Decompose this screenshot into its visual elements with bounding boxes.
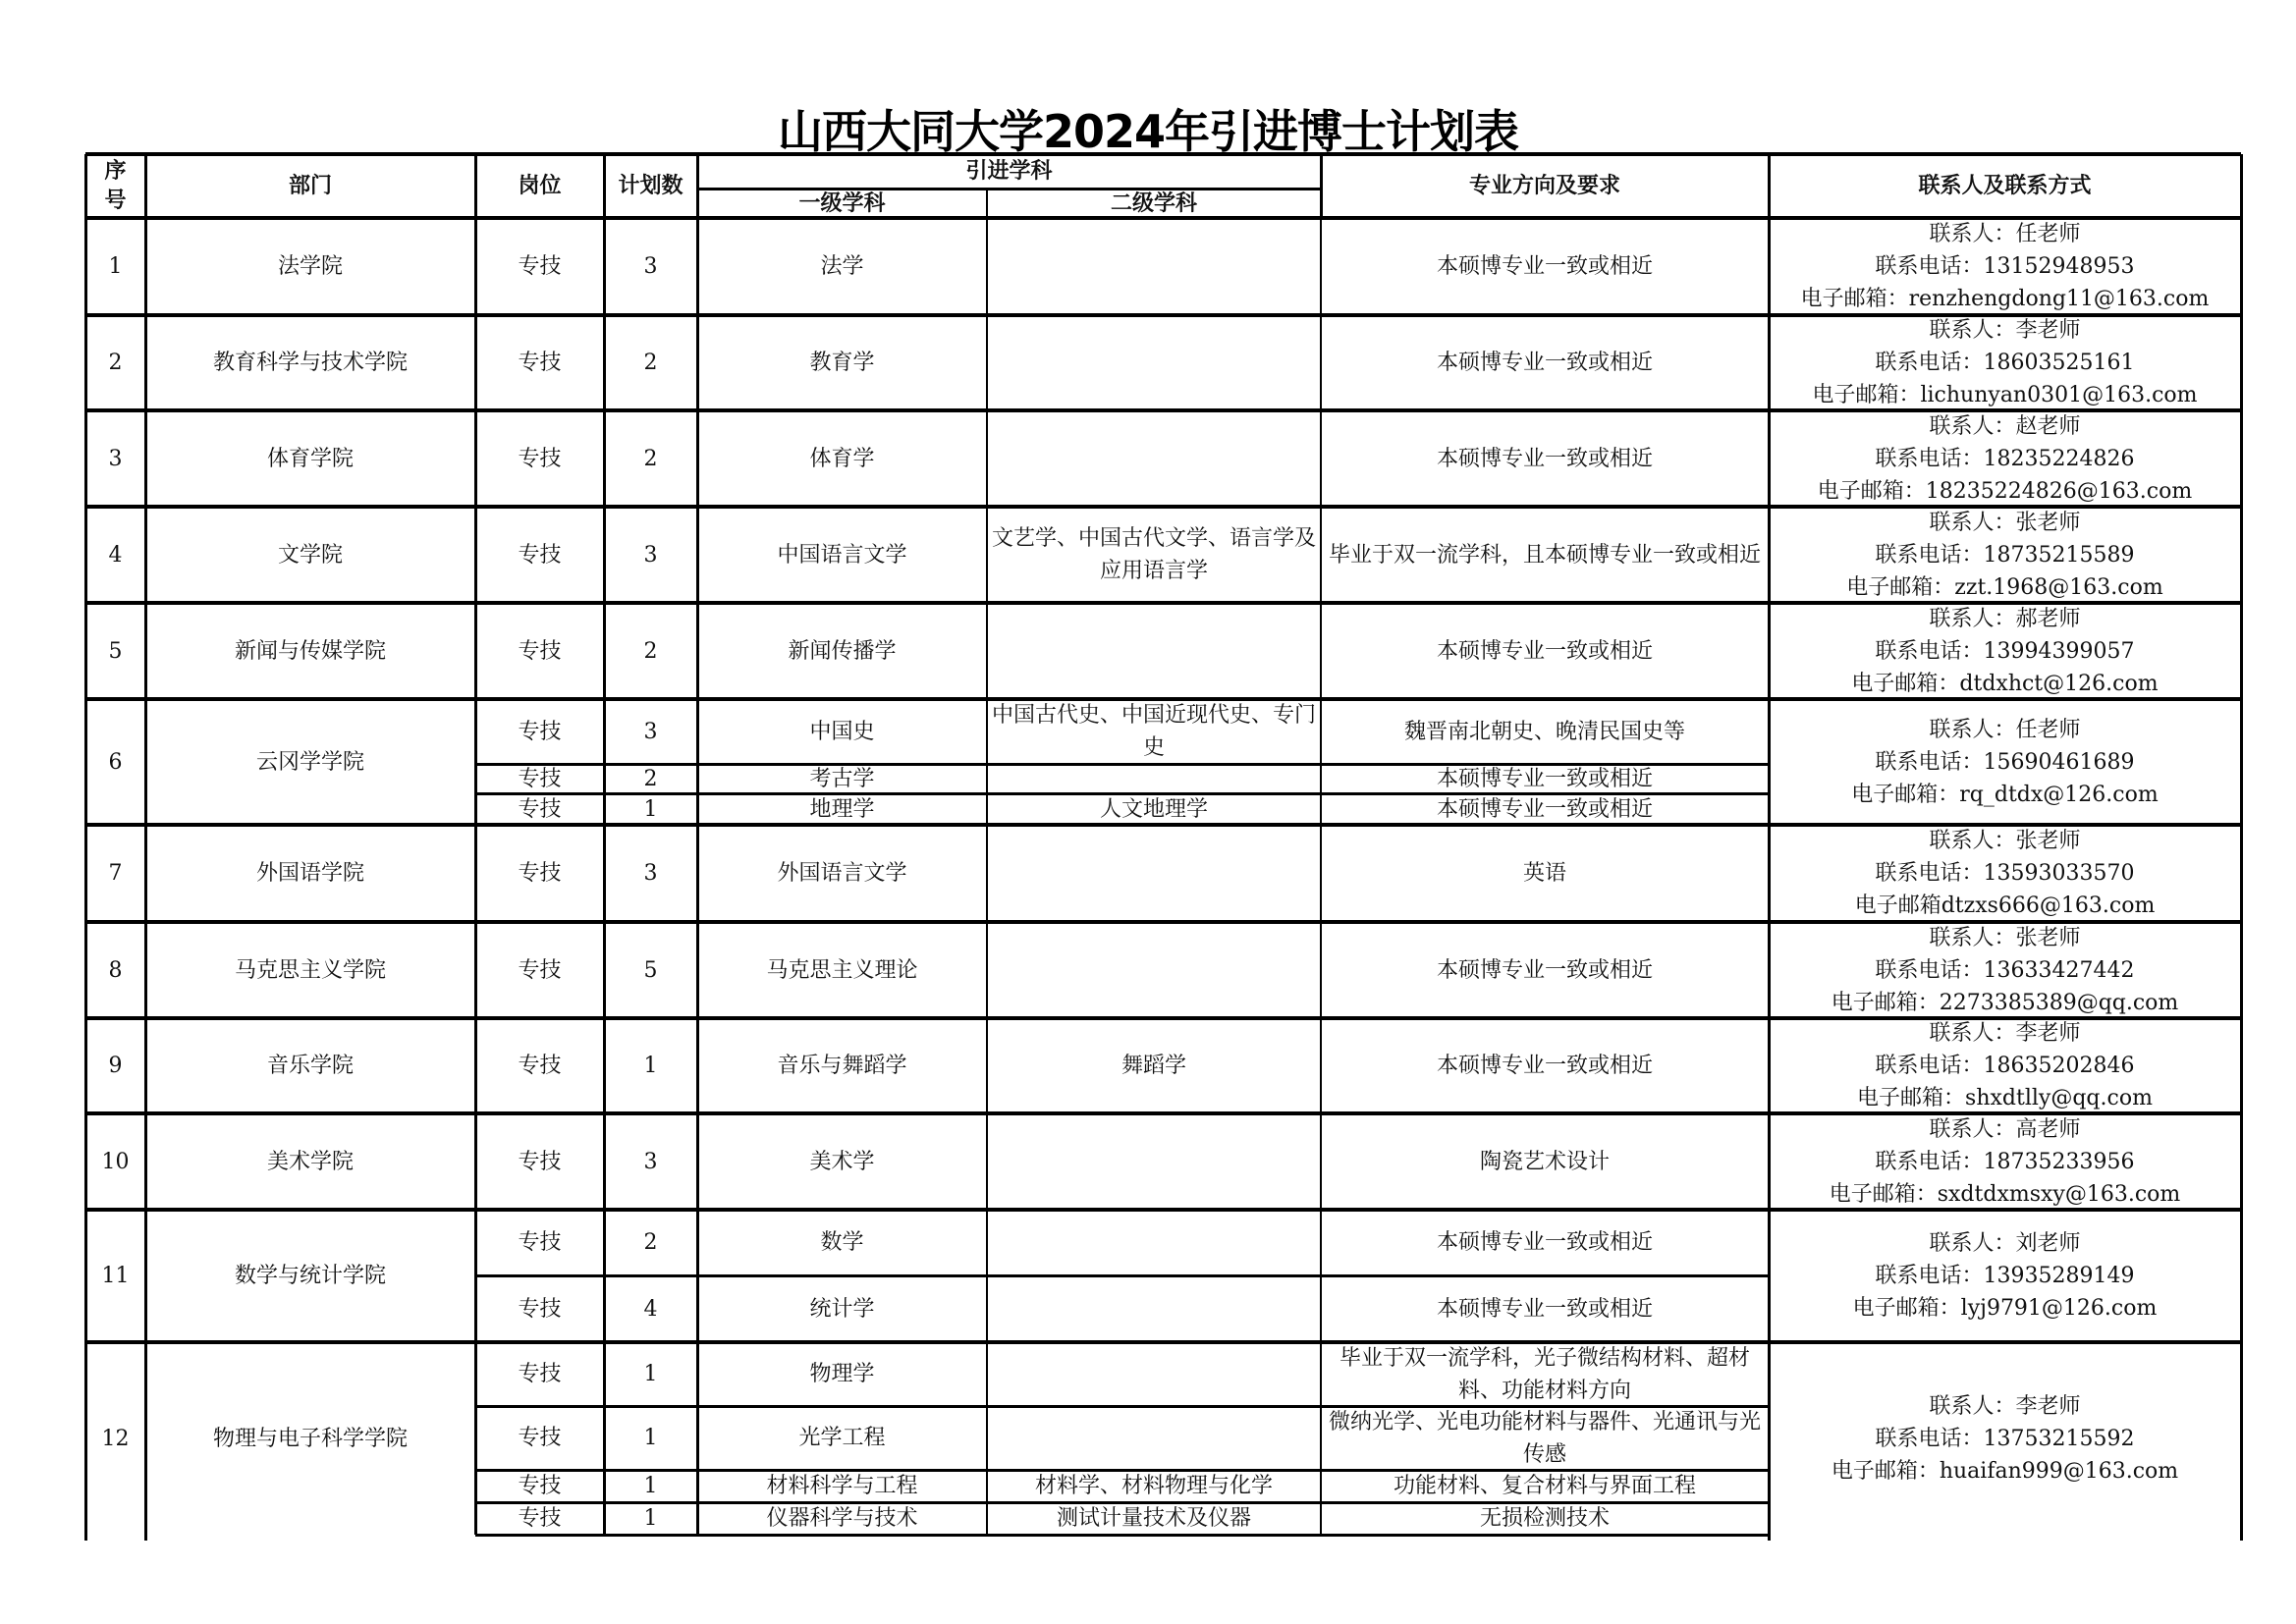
item-level2: [987, 603, 1321, 699]
header-dept: 部门: [145, 154, 475, 218]
grid-line: [474, 1210, 477, 1342]
item-position: 专技: [475, 825, 604, 922]
grid-line: [696, 154, 699, 218]
item-level1: 教育学: [697, 315, 987, 410]
grid-line: [696, 1342, 699, 1535]
item-direction: 陶瓷艺术设计: [1321, 1113, 1769, 1210]
grid-line: [84, 1210, 87, 1342]
item-count: 3: [604, 507, 697, 603]
row-contact: 联系人：刘老师联系电话：13935289149电子邮箱：lyj9791@126.…: [1769, 1210, 2241, 1342]
grid-line: [603, 410, 606, 507]
item-direction: 英语: [1321, 825, 1769, 922]
row-seq: 8: [85, 922, 145, 1018]
item-direction: 本硕博专业一致或相近: [1321, 1275, 1769, 1342]
row-dept: 新闻与传媒学院: [145, 603, 475, 699]
item-position: 专技: [475, 507, 604, 603]
grid-line: [475, 792, 1769, 795]
grid-line: [474, 1113, 477, 1210]
item-direction: 本硕博专业一致或相近: [1321, 922, 1769, 1018]
contact-phone: 联系电话：18635202846: [1876, 1050, 2135, 1082]
grid-line: [1768, 1018, 1771, 1113]
header-position: 岗位: [475, 154, 604, 218]
item-count: 1: [604, 1502, 697, 1535]
grid-line: [144, 1342, 147, 1541]
item-level2: [987, 1275, 1321, 1342]
grid-line: [2240, 410, 2243, 507]
item-level1: 美术学: [697, 1113, 987, 1210]
grid-line: [1768, 922, 1771, 1018]
item-level1: 仪器科学与技术: [697, 1502, 987, 1535]
grid-line: [1320, 922, 1322, 1018]
item-level2: [987, 1342, 1321, 1406]
item-count: 3: [604, 825, 697, 922]
grid-line: [1768, 507, 1771, 603]
header-direction: 专业方向及要求: [1321, 154, 1769, 218]
item-level1: 统计学: [697, 1275, 987, 1342]
item-level2: 测试计量技术及仪器: [987, 1502, 1321, 1535]
header-count: 计划数: [604, 154, 697, 218]
item-position: 专技: [475, 1275, 604, 1342]
item-count: 3: [604, 218, 697, 315]
row-contact: 联系人：张老师联系电话：13593033570电子邮箱dtzxs666@163.…: [1769, 825, 2241, 922]
grid-line: [84, 1113, 87, 1210]
row-contact: 联系人：张老师联系电话：18735215589电子邮箱：zzt.1968@163…: [1769, 507, 2241, 603]
item-level1: 中国史: [697, 699, 987, 764]
grid-line: [1320, 699, 1322, 825]
grid-line: [475, 1405, 1769, 1408]
contact-email: 电子邮箱：sxdtdxmsxy@163.com: [1830, 1178, 2181, 1211]
header-seq-char: 号: [104, 187, 126, 216]
grid-line: [1320, 825, 1322, 922]
contact-phone: 联系电话：18735215589: [1876, 539, 2135, 571]
grid-line: [1768, 218, 1771, 315]
contact-phone: 联系电话：13994399057: [1876, 635, 2135, 668]
grid-line: [475, 1274, 1769, 1277]
grid-line: [986, 922, 988, 1018]
grid-line: [144, 218, 147, 315]
grid-line: [144, 1210, 147, 1342]
grid-line: [1320, 507, 1322, 603]
item-direction: 本硕博专业一致或相近: [1321, 793, 1769, 825]
grid-line: [603, 922, 606, 1018]
contact-email: 电子邮箱：renzhengdong11@163.com: [1801, 283, 2210, 315]
row-seq: 11: [85, 1210, 145, 1342]
grid-line: [603, 154, 606, 218]
item-level1: 物理学: [697, 1342, 987, 1406]
item-direction: 本硕博专业一致或相近: [1321, 218, 1769, 315]
item-level2: 材料学、材料物理与化学: [987, 1470, 1321, 1502]
grid-line: [696, 1018, 699, 1113]
grid-line: [1768, 154, 1771, 218]
grid-line: [603, 507, 606, 603]
item-position: 专技: [475, 410, 604, 507]
item-count: 2: [604, 603, 697, 699]
contact-person: 联系人：李老师: [1929, 315, 2080, 347]
grid-line: [144, 1018, 147, 1113]
grid-line: [696, 1113, 699, 1210]
item-count: 3: [604, 699, 697, 764]
grid-line: [986, 699, 988, 825]
row-contact: 联系人：李老师联系电话：18635202846电子邮箱：shxdtlly@qq.…: [1769, 1018, 2241, 1113]
grid-line: [144, 154, 147, 218]
grid-line: [1320, 218, 1322, 315]
grid-line: [986, 825, 988, 922]
row-contact: 联系人：高老师联系电话：18735233956电子邮箱：sxdtdxmsxy@1…: [1769, 1113, 2241, 1210]
contact-person: 联系人：赵老师: [1929, 410, 2080, 443]
contact-phone: 联系电话：18235224826: [1876, 443, 2135, 475]
header-discipline-group: 引进学科: [697, 154, 1321, 189]
contact-email: 电子邮箱：lichunyan0301@163.com: [1812, 379, 2197, 410]
row-dept: 文学院: [145, 507, 475, 603]
contact-person: 联系人：张老师: [1929, 825, 2080, 857]
grid-line: [474, 218, 477, 315]
item-direction: 魏晋南北朝史、晚清民国史等: [1321, 699, 1769, 764]
grid-line: [475, 1534, 1769, 1537]
header-contact: 联系人及联系方式: [1769, 154, 2241, 218]
row-seq: 7: [85, 825, 145, 922]
item-level2: [987, 825, 1321, 922]
row-dept: 音乐学院: [145, 1018, 475, 1113]
grid-line: [986, 218, 988, 315]
item-level2: 人文地理学: [987, 793, 1321, 825]
item-direction: 本硕博专业一致或相近: [1321, 764, 1769, 793]
grid-line: [1768, 1210, 1771, 1342]
item-direction: 本硕博专业一致或相近: [1321, 603, 1769, 699]
grid-line: [84, 1018, 87, 1113]
grid-line: [85, 152, 2241, 156]
item-position: 专技: [475, 1113, 604, 1210]
row-dept: 马克思主义学院: [145, 922, 475, 1018]
item-position: 专技: [475, 1406, 604, 1470]
item-position: 专技: [475, 603, 604, 699]
row-dept: 教育科学与技术学院: [145, 315, 475, 410]
item-level1: 法学: [697, 218, 987, 315]
grid-line: [603, 825, 606, 922]
grid-line: [986, 1210, 988, 1342]
contact-phone: 联系电话：18603525161: [1876, 347, 2135, 379]
grid-line: [144, 507, 147, 603]
grid-line: [1768, 410, 1771, 507]
item-count: 1: [604, 1018, 697, 1113]
contact-person: 联系人：张老师: [1929, 922, 2080, 954]
item-level1: 新闻传播学: [697, 603, 987, 699]
row-seq: 5: [85, 603, 145, 699]
item-level1: 地理学: [697, 793, 987, 825]
grid-line: [603, 1113, 606, 1210]
row-contact: 联系人：张老师联系电话：13633427442电子邮箱：2273385389@q…: [1769, 922, 2241, 1018]
header-seq: 序号: [85, 154, 145, 218]
item-position: 专技: [475, 1470, 604, 1502]
contact-email: 电子邮箱：lyj9791@126.com: [1853, 1292, 2158, 1325]
grid-line: [2240, 1210, 2243, 1342]
grid-line: [986, 315, 988, 410]
grid-line: [474, 315, 477, 410]
grid-line: [986, 1018, 988, 1113]
grid-line: [2240, 315, 2243, 410]
grid-line: [986, 410, 988, 507]
item-direction: 本硕博专业一致或相近: [1321, 315, 1769, 410]
grid-line: [84, 507, 87, 603]
grid-line: [696, 315, 699, 410]
grid-line: [474, 699, 477, 825]
grid-line: [603, 315, 606, 410]
contact-phone: 联系电话：13633427442: [1876, 954, 2135, 987]
grid-line: [696, 1210, 699, 1342]
grid-line: [144, 1113, 147, 1210]
grid-line: [603, 1210, 606, 1342]
item-level1: 中国语言文学: [697, 507, 987, 603]
grid-line: [144, 922, 147, 1018]
grid-line: [1320, 603, 1322, 699]
grid-line: [696, 825, 699, 922]
row-seq: 3: [85, 410, 145, 507]
item-level2: [987, 315, 1321, 410]
item-count: 2: [604, 315, 697, 410]
grid-line: [474, 603, 477, 699]
item-count: 1: [604, 793, 697, 825]
contact-person: 联系人：刘老师: [1929, 1227, 2080, 1260]
item-count: 1: [604, 1406, 697, 1470]
grid-line: [603, 699, 606, 825]
row-dept: 数学与统计学院: [145, 1210, 475, 1342]
item-level2: [987, 1210, 1321, 1275]
contact-phone: 联系电话：13152948953: [1876, 250, 2135, 283]
grid-line: [603, 603, 606, 699]
item-level1: 光学工程: [697, 1406, 987, 1470]
item-level2: [987, 1113, 1321, 1210]
item-level2: [987, 764, 1321, 793]
row-contact: 联系人：郝老师联系电话：13994399057电子邮箱：dtdxhct@126.…: [1769, 603, 2241, 699]
grid-line: [2240, 1342, 2243, 1541]
contact-email: 电子邮箱：rq_dtdx@126.com: [1851, 779, 2158, 811]
grid-line: [696, 410, 699, 507]
item-position: 专技: [475, 218, 604, 315]
grid-line: [474, 825, 477, 922]
row-contact: 联系人：李老师联系电话：13753215592电子邮箱：huaifan999@1…: [1769, 1342, 2241, 1535]
contact-phone: 联系电话：13593033570: [1876, 857, 2135, 890]
item-level2: 中国古代史、中国近现代史、专门史: [987, 699, 1321, 764]
row-dept: 美术学院: [145, 1113, 475, 1210]
grid-line: [696, 699, 699, 825]
grid-line: [144, 603, 147, 699]
row-seq: 6: [85, 699, 145, 825]
grid-line: [475, 763, 1769, 766]
grid-line: [1320, 1342, 1322, 1535]
grid-line: [474, 922, 477, 1018]
grid-line: [474, 410, 477, 507]
contact-person: 联系人：任老师: [1929, 218, 2080, 250]
recruitment-plan-table: 序号部门岗位计划数引进学科一级学科二级学科专业方向及要求联系人及联系方式1法学院…: [0, 0, 2296, 1624]
item-count: 1: [604, 1470, 697, 1502]
grid-line: [475, 1501, 1769, 1504]
grid-line: [986, 189, 988, 218]
grid-line: [84, 315, 87, 410]
contact-phone: 联系电话：18735233956: [1876, 1146, 2135, 1178]
item-count: 5: [604, 922, 697, 1018]
item-direction: 毕业于双一流学科，且本硕博专业一致或相近: [1321, 507, 1769, 603]
grid-line: [144, 410, 147, 507]
row-dept: 体育学院: [145, 410, 475, 507]
item-count: 2: [604, 1210, 697, 1275]
grid-line: [1768, 825, 1771, 922]
item-direction: 无损检测技术: [1321, 1502, 1769, 1535]
grid-line: [84, 1342, 87, 1541]
item-level1: 音乐与舞蹈学: [697, 1018, 987, 1113]
grid-line: [1320, 315, 1322, 410]
grid-line: [474, 154, 477, 218]
item-direction: 本硕博专业一致或相近: [1321, 410, 1769, 507]
row-seq: 12: [85, 1342, 145, 1535]
item-direction: 微纳光学、光电功能材料与器件、光通讯与光传感: [1321, 1406, 1769, 1470]
row-contact: 联系人：赵老师联系电话：18235224826电子邮箱：18235224826@…: [1769, 410, 2241, 507]
contact-email: 电子邮箱：18235224826@163.com: [1818, 475, 2192, 508]
item-level2: 文艺学、中国古代文学、语言学及应用语言学: [987, 507, 1321, 603]
grid-line: [84, 154, 87, 218]
grid-line: [144, 315, 147, 410]
grid-line: [1320, 1018, 1322, 1113]
contact-email: 电子邮箱：zzt.1968@163.com: [1846, 571, 2162, 604]
grid-line: [2240, 1018, 2243, 1113]
header-seq-char: 序: [104, 157, 126, 187]
contact-person: 联系人：李老师: [1929, 1390, 2080, 1423]
row-contact: 联系人：任老师联系电话：15690461689电子邮箱：rq_dtdx@126.…: [1769, 699, 2241, 825]
contact-phone: 联系电话：13753215592: [1876, 1423, 2135, 1455]
grid-line: [603, 1018, 606, 1113]
grid-line: [474, 507, 477, 603]
item-count: 2: [604, 764, 697, 793]
contact-email: 电子邮箱：shxdtlly@qq.com: [1857, 1082, 2153, 1113]
item-position: 专技: [475, 793, 604, 825]
header-level2: 二级学科: [987, 189, 1321, 218]
grid-line: [696, 218, 699, 315]
contact-person: 联系人：郝老师: [1929, 603, 2080, 635]
item-level2: [987, 922, 1321, 1018]
item-count: 4: [604, 1275, 697, 1342]
grid-line: [696, 603, 699, 699]
row-seq: 1: [85, 218, 145, 315]
grid-line: [1768, 603, 1771, 699]
grid-line: [475, 1469, 1769, 1472]
contact-person: 联系人：张老师: [1929, 507, 2080, 539]
grid-line: [1768, 1113, 1771, 1210]
contact-email: 电子邮箱dtzxs666@163.com: [1855, 890, 2156, 922]
item-level1: 考古学: [697, 764, 987, 793]
contact-email: 电子邮箱：huaifan999@163.com: [1831, 1455, 2178, 1488]
grid-line: [144, 825, 147, 922]
row-seq: 2: [85, 315, 145, 410]
contact-person: 联系人：李老师: [1929, 1018, 2080, 1050]
grid-line: [2240, 603, 2243, 699]
grid-line: [84, 218, 87, 315]
item-direction: 本硕博专业一致或相近: [1321, 1018, 1769, 1113]
item-level2: [987, 410, 1321, 507]
grid-line: [84, 603, 87, 699]
grid-line: [697, 188, 1321, 190]
item-direction: 本硕博专业一致或相近: [1321, 1210, 1769, 1275]
row-dept: 云冈学学院: [145, 699, 475, 825]
grid-line: [696, 922, 699, 1018]
grid-line: [986, 603, 988, 699]
grid-line: [2240, 1113, 2243, 1210]
item-position: 专技: [475, 922, 604, 1018]
item-level2: [987, 1406, 1321, 1470]
item-direction: 毕业于双一流学科，光子微结构材料、超材料、功能材料方向: [1321, 1342, 1769, 1406]
grid-line: [1320, 154, 1323, 218]
grid-line: [84, 410, 87, 507]
contact-phone: 联系电话：13935289149: [1876, 1260, 2135, 1292]
row-seq: 4: [85, 507, 145, 603]
grid-line: [2240, 218, 2243, 315]
grid-line: [986, 1342, 988, 1535]
row-dept: 外国语学院: [145, 825, 475, 922]
item-position: 专技: [475, 1018, 604, 1113]
row-contact: 联系人：李老师联系电话：18603525161电子邮箱：lichunyan030…: [1769, 315, 2241, 410]
item-level1: 体育学: [697, 410, 987, 507]
item-position: 专技: [475, 1210, 604, 1275]
grid-line: [986, 507, 988, 603]
item-position: 专技: [475, 315, 604, 410]
item-position: 专技: [475, 764, 604, 793]
grid-line: [1768, 1342, 1771, 1541]
item-count: 1: [604, 1342, 697, 1406]
row-dept: 法学院: [145, 218, 475, 315]
item-level1: 数学: [697, 1210, 987, 1275]
contact-person: 联系人：高老师: [1929, 1113, 2080, 1146]
row-contact: 联系人：任老师联系电话：13152948953电子邮箱：renzhengdong…: [1769, 218, 2241, 315]
grid-line: [84, 825, 87, 922]
grid-line: [1320, 410, 1322, 507]
grid-line: [1320, 1210, 1322, 1342]
grid-line: [474, 1018, 477, 1113]
grid-line: [603, 218, 606, 315]
header-level1: 一级学科: [697, 189, 987, 218]
row-dept: 物理与电子科学学院: [145, 1342, 475, 1535]
item-count: 2: [604, 410, 697, 507]
grid-line: [2240, 922, 2243, 1018]
grid-line: [603, 1342, 606, 1535]
grid-line: [696, 507, 699, 603]
row-seq: 10: [85, 1113, 145, 1210]
item-position: 专技: [475, 1342, 604, 1406]
item-level1: 材料科学与工程: [697, 1470, 987, 1502]
grid-line: [84, 922, 87, 1018]
item-count: 3: [604, 1113, 697, 1210]
item-level1: 外国语言文学: [697, 825, 987, 922]
contact-phone: 联系电话：15690461689: [1876, 746, 2135, 779]
grid-line: [1320, 1113, 1322, 1210]
item-direction: 功能材料、复合材料与界面工程: [1321, 1470, 1769, 1502]
contact-email: 电子邮箱：dtdxhct@126.com: [1851, 668, 2158, 700]
grid-line: [2240, 154, 2243, 218]
grid-line: [986, 1113, 988, 1210]
grid-line: [2240, 825, 2243, 922]
grid-line: [2240, 507, 2243, 603]
item-level1: 马克思主义理论: [697, 922, 987, 1018]
contact-person: 联系人：任老师: [1929, 714, 2080, 746]
row-seq: 9: [85, 1018, 145, 1113]
item-position: 专技: [475, 699, 604, 764]
grid-line: [84, 699, 87, 825]
item-level2: [987, 218, 1321, 315]
grid-line: [1768, 315, 1771, 410]
item-position: 专技: [475, 1502, 604, 1535]
grid-line: [2240, 699, 2243, 825]
grid-line: [1768, 699, 1771, 825]
grid-line: [144, 699, 147, 825]
grid-line: [474, 1342, 477, 1535]
contact-email: 电子邮箱：2273385389@qq.com: [1831, 987, 2179, 1019]
item-level2: 舞蹈学: [987, 1018, 1321, 1113]
